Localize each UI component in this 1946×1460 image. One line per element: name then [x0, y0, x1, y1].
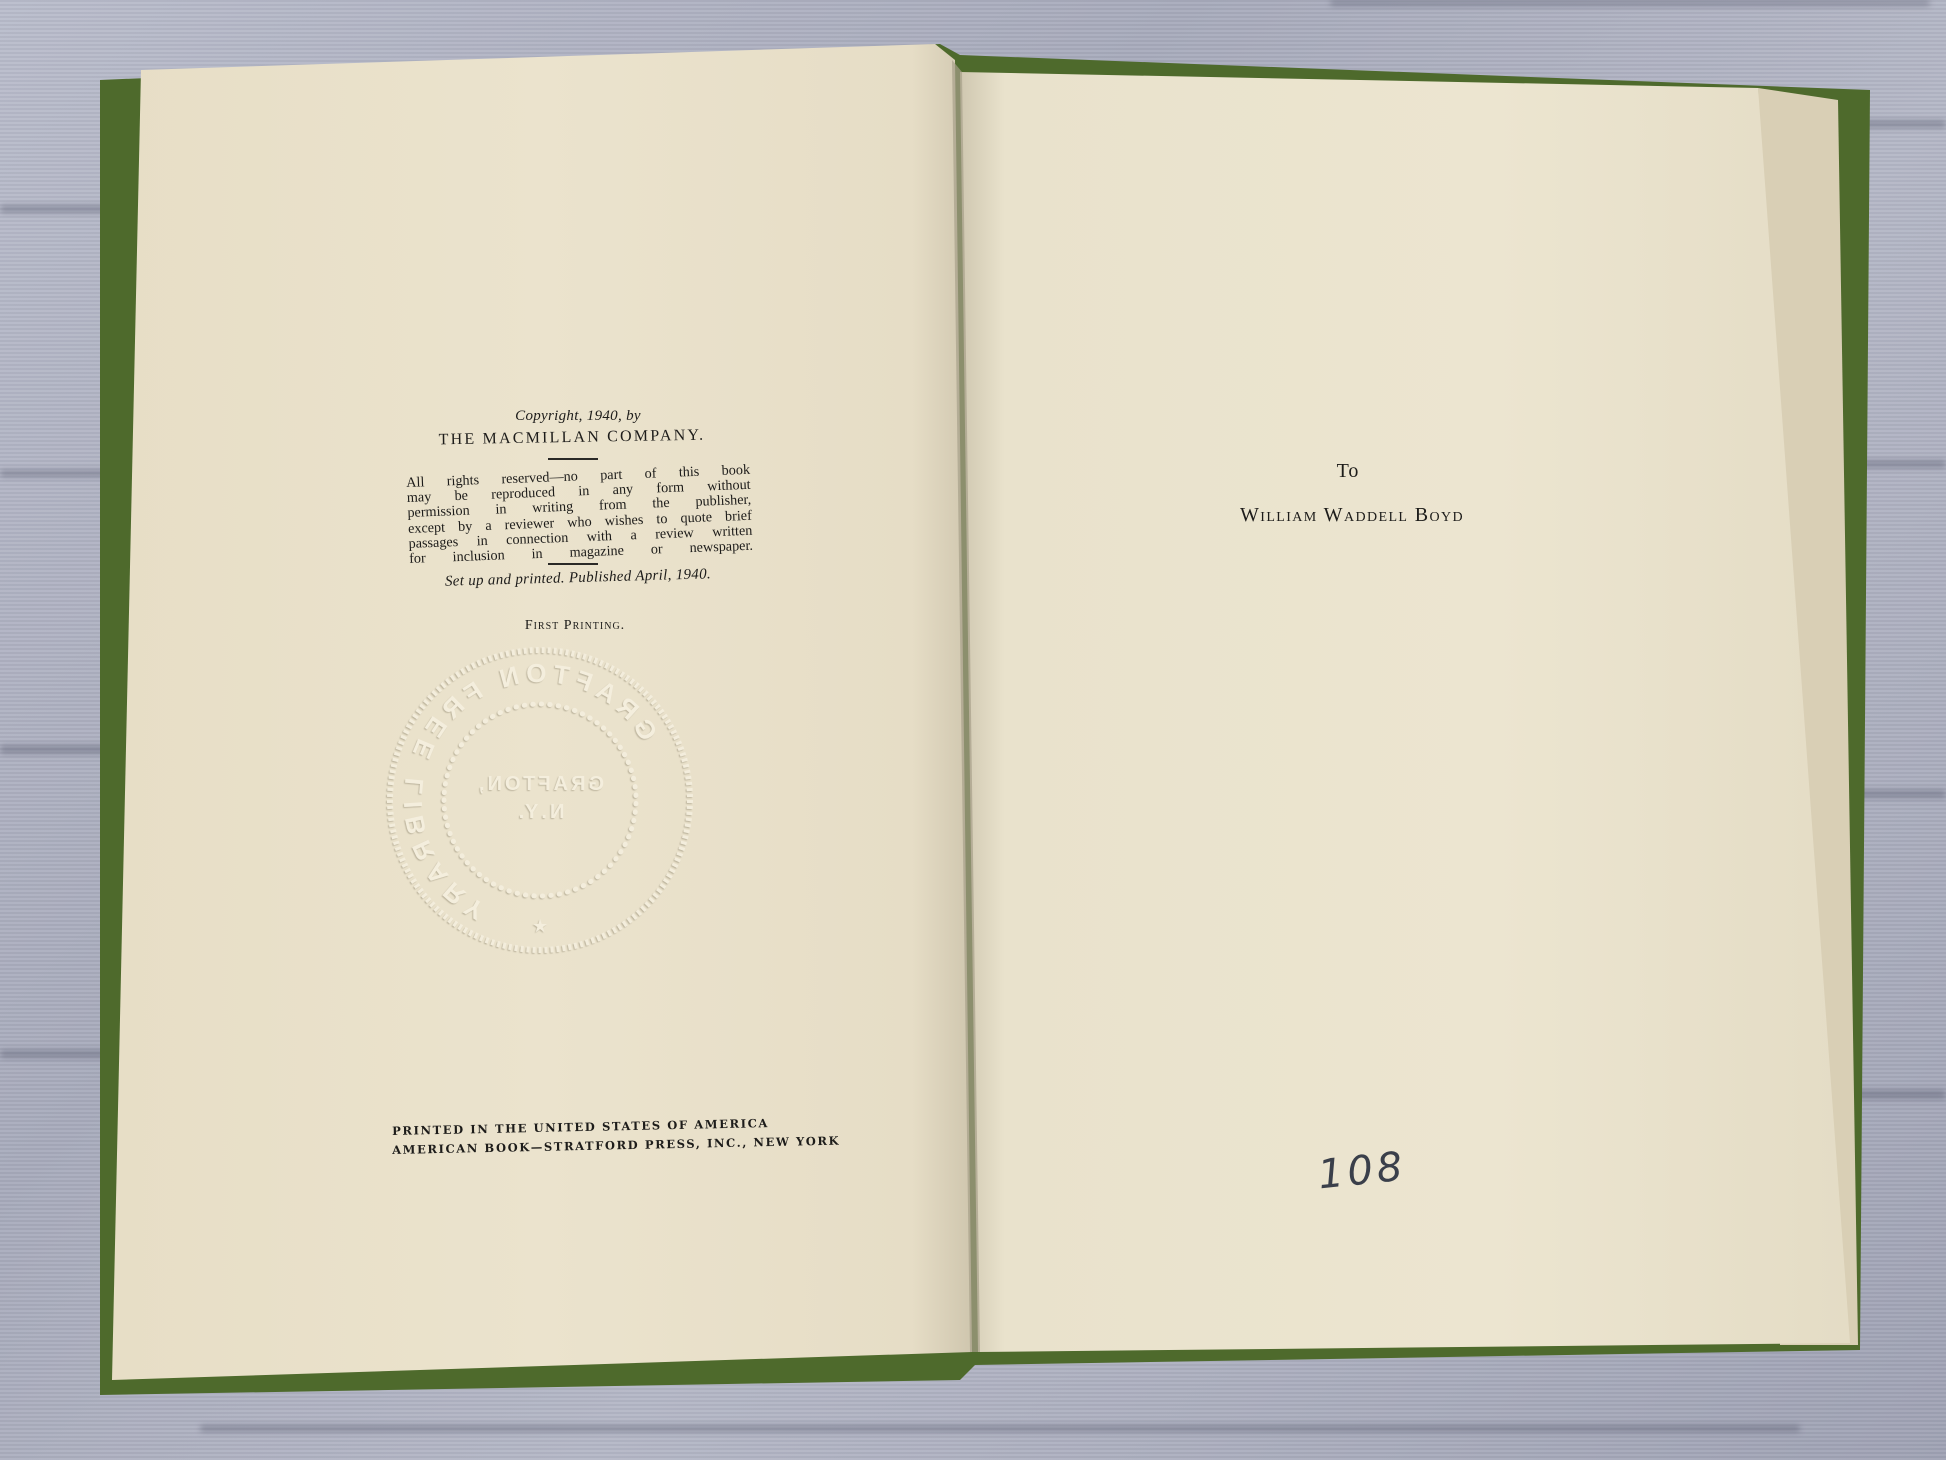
svg-text:N.Y.: N.Y.	[516, 801, 565, 823]
divider-rule	[548, 563, 598, 565]
rights-paragraph: All rights reserved—no part of this book…	[406, 463, 753, 567]
copyright-line: Copyright, 1940, by	[515, 408, 641, 425]
dedication-to: To	[1337, 460, 1360, 483]
first-printing: First Printing.	[525, 618, 625, 634]
handwritten-number: 108	[1316, 1144, 1409, 1199]
svg-text:GRAFTON,: GRAFTON,	[476, 773, 604, 795]
divider-rule	[548, 458, 598, 460]
open-book	[0, 0, 1946, 1460]
embossed-library-stamp: GRAFTON FREE LIBRARY GRAFTON, N.Y. ★	[380, 640, 700, 960]
svg-text:★: ★	[532, 916, 548, 937]
dedication-name: William Waddell Boyd	[1240, 504, 1464, 527]
